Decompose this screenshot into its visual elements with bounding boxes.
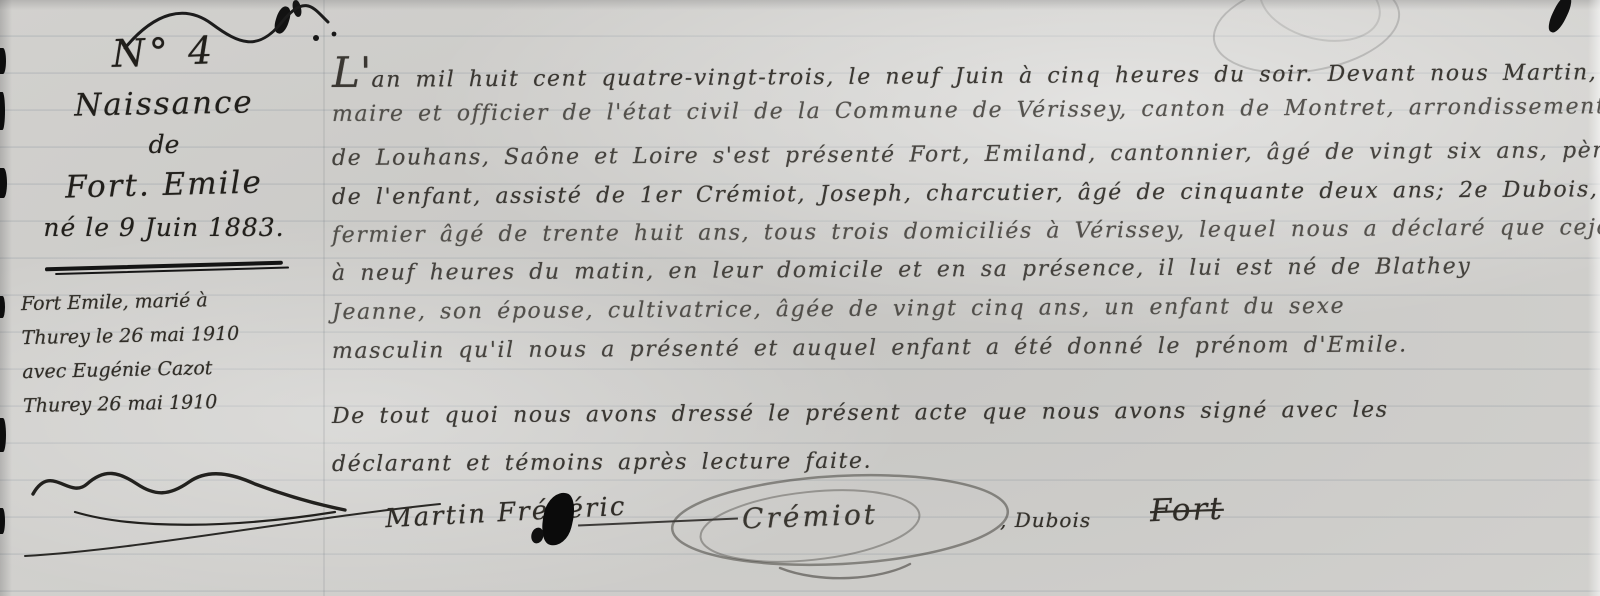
text-line: L'an mil huit cent quatre-vingt-trois, l… bbox=[332, 39, 1600, 97]
birth-date-line: né le 9 Juin 1883. bbox=[8, 213, 320, 242]
scan-edge-mark bbox=[0, 296, 5, 318]
ink-mark-top-right bbox=[1545, 0, 1575, 35]
scan-edge-mark bbox=[0, 92, 5, 130]
scan-edge-mark bbox=[0, 48, 6, 74]
signature-witness-cremiot: Crémiot bbox=[741, 498, 878, 536]
child-name: Fort. Emile bbox=[8, 163, 321, 207]
signature-declarant-fort: Fort bbox=[1149, 491, 1224, 530]
text-line: de Louhans, Saône et Loire s'est présent… bbox=[332, 138, 1600, 171]
text-line: masculin qu'il nous a présenté et auquel… bbox=[332, 332, 1408, 364]
signature-witness-dubois: , Dubois bbox=[1000, 508, 1091, 532]
scan-edge-mark bbox=[0, 508, 5, 534]
scan-edge-mark bbox=[0, 418, 6, 452]
act-heading-connector: de bbox=[8, 130, 320, 159]
scan-edge-mark bbox=[0, 168, 7, 198]
register-page-scan: N° 4 Naissance de Fort. Emile né le 9 Ju… bbox=[0, 0, 1600, 596]
act-heading: Naissance bbox=[8, 83, 321, 124]
margin-column: N° 4 Naissance de Fort. Emile né le 9 Ju… bbox=[8, 30, 320, 420]
text-line: De tout quoi nous avons dressé le présen… bbox=[332, 398, 1389, 429]
text-line: maire et officier de l'état civil de la … bbox=[332, 94, 1600, 127]
text-line: à neuf heures du matin, en leur domicile… bbox=[332, 254, 1471, 286]
act-number: N° 4 bbox=[7, 25, 320, 80]
marriage-note: Fort Emile, marié à Thurey le 26 mai 191… bbox=[21, 281, 322, 423]
text-line: fermier âgé de trente huit ans, tous tro… bbox=[332, 215, 1600, 248]
margin-divider-rule bbox=[45, 261, 283, 278]
text-line: Jeanne, son épouse, cultivatrice, âgée d… bbox=[332, 294, 1345, 325]
text-line: de l'enfant, assisté de 1er Crémiot, Jos… bbox=[332, 177, 1600, 210]
note-line: Thurey 26 mai 1910 bbox=[23, 383, 322, 423]
